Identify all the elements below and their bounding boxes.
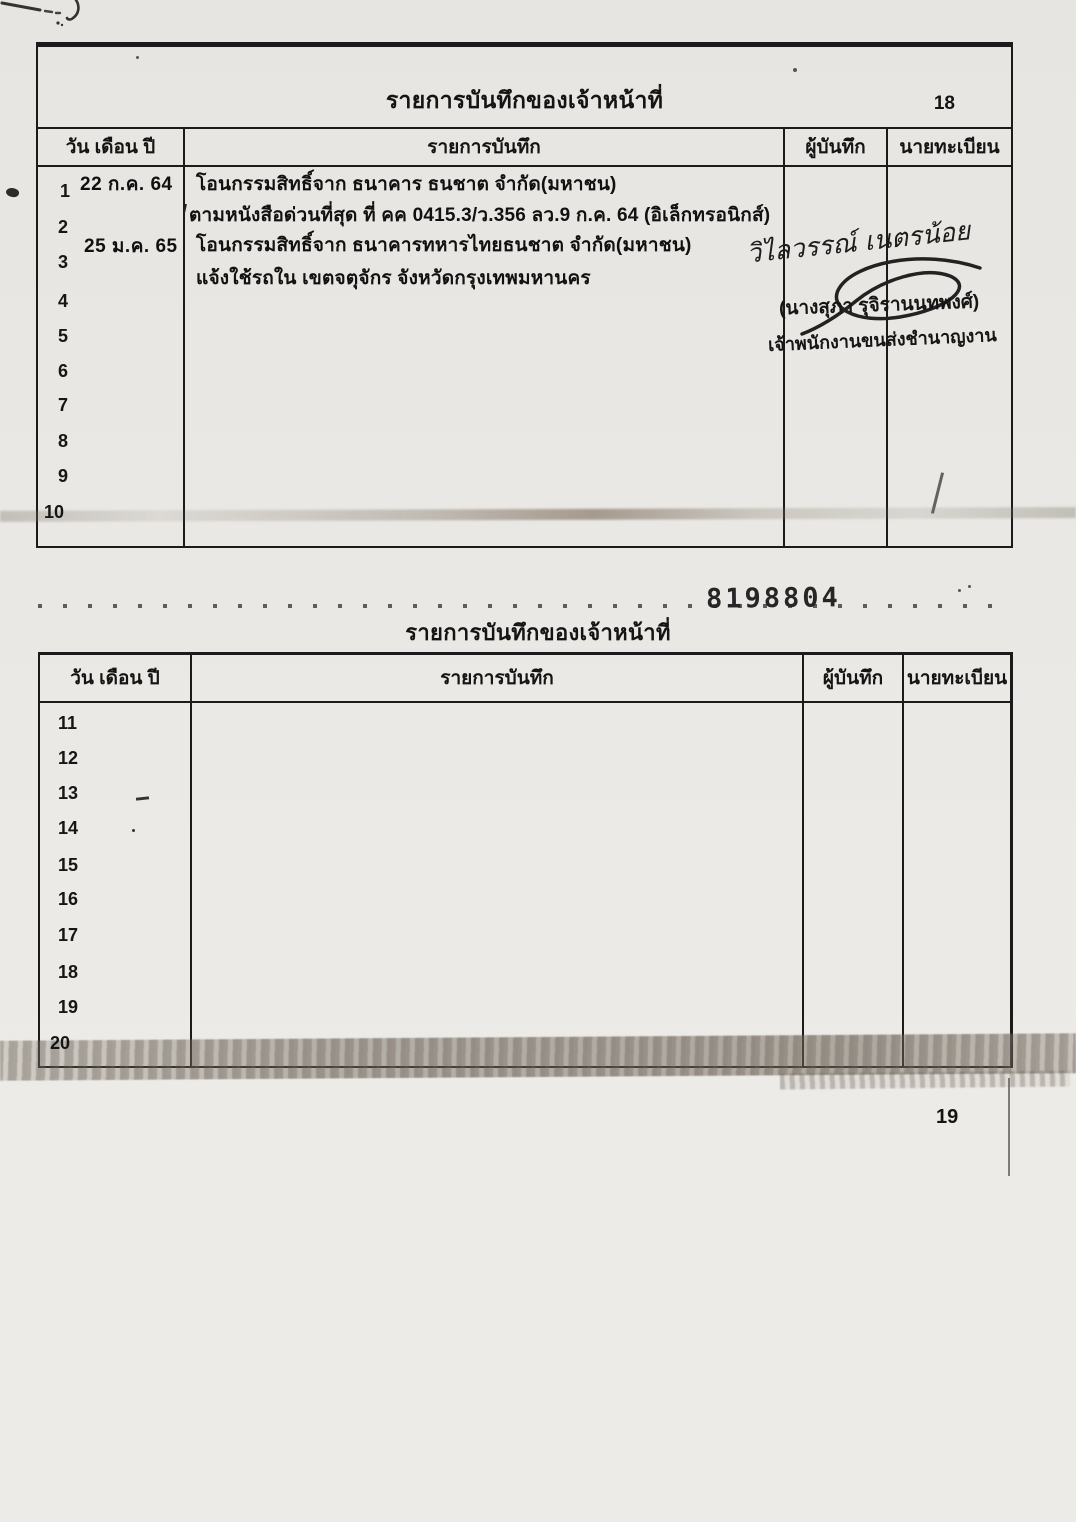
entry-text: โอนกรรมสิทธิ์จาก ธนาคารทหารไทยธนชาต จำกั… [196,230,692,260]
row-number: 8 [58,431,68,452]
row-number: 6 [58,361,68,382]
speck-dot [958,589,961,592]
scanned-logbook-page: รายการบันทึกของเจ้าหน้าที่ 18 วัน เดือน … [0,0,1076,1522]
table1-titlebar: รายการบันทึกของเจ้าหน้าที่ 18 [38,47,1011,127]
row-number: 14 [58,818,78,839]
row-number: 12 [58,748,78,769]
row-number: 18 [58,962,78,983]
header-recorder: ผู้บันทึก [785,129,886,167]
table1-title: รายการบันทึกของเจ้าหน้าที่ [386,83,663,127]
header-date: วัน เดือน ปี [40,655,190,703]
column-record: รายการบันทึก [192,655,804,1066]
table2-columns: วัน เดือน ปี รายการบันทึก ผู้บันทึก นายท… [40,655,1010,1066]
row-number: 9 [58,466,68,487]
row-number: 13 [58,783,78,804]
header-record: รายการบันทึก [185,129,783,167]
page-number-bottom: 19 [936,1106,958,1129]
row-number: 17 [58,925,78,946]
row-number: 10 [44,502,64,523]
row-number: 4 [58,291,68,312]
serial-number-stamp: 8198804 [706,582,841,614]
row-number: 3 [58,252,68,273]
record-table-2: วัน เดือน ปี รายการบันทึก ผู้บันทึก นายท… [38,652,1013,1068]
speck-dot [968,585,971,588]
column-registrar: นายทะเบียน [904,655,1010,1066]
ink-blot [5,186,20,199]
row-number: 15 [58,855,78,876]
header-registrar: นายทะเบียน [904,655,1010,703]
scan-smudge-tail [780,1070,1070,1089]
entry-text: โอนกรรมสิทธิ์จาก ธนาคาร ธนชาต จำกัด(มหาช… [196,169,617,199]
page-number-top: 18 [934,93,955,115]
row-number: 19 [58,997,78,1018]
entry-text: ตามหนังสือด่วนที่สุด ที่ คค 0415.3/ว.356… [189,200,770,230]
row-number: 1 [60,181,70,202]
row-number: 16 [58,889,78,910]
entry-date: 25 ม.ค. 65 [84,231,178,261]
row-number: 20 [50,1033,70,1054]
column-recorder: ผู้บันทึก [804,655,904,1066]
header-registrar: นายทะเบียน [888,129,1011,167]
row-number: 11 [58,713,77,734]
pen-scribble-icon [0,0,110,34]
header-date: วัน เดือน ปี [38,129,183,167]
pen-dot [132,829,135,832]
row-number: 7 [58,395,68,416]
page-edge-line [1008,1078,1010,1176]
dotted-separator [38,604,1012,608]
header-recorder: ผู้บันทึก [804,655,902,703]
table2-title: รายการบันทึกของเจ้าหน้าที่ [0,615,1076,650]
row-number: 2 [58,217,68,238]
row-number: 5 [58,326,68,347]
entry-date: 22 ก.ค. 64 [80,169,173,199]
header-record: รายการบันทึก [192,655,802,703]
entry-text: แจ้งใช้รถใน เขตจตุจักร จังหวัดกรุงเทพมหา… [196,263,591,293]
